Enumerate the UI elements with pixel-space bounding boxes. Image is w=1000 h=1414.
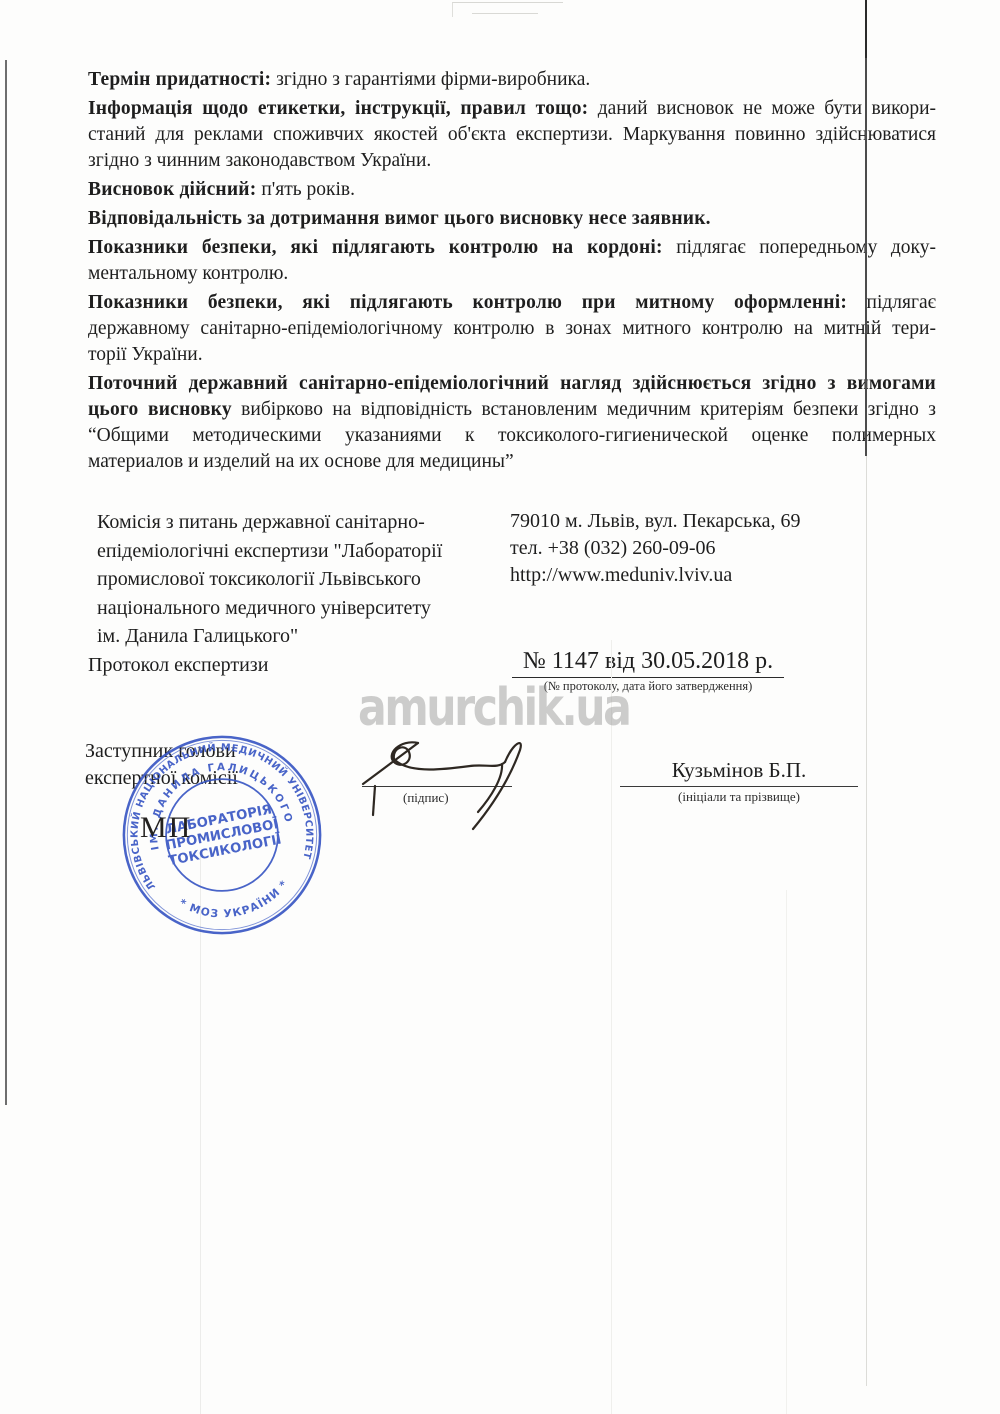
commission-contacts: 79010 м. Львів, вул. Пекарська, 69 тел. … [510,508,850,651]
body-line: Висновок дійсний: п'ять років. [88,177,936,203]
body-line: Термін придатності: згідно з гарантіями … [88,67,936,93]
commission-name: Комісія з питань державної санітарно- еп… [97,508,500,651]
text-run: станий для реклами споживчих якостей об'… [88,124,936,145]
body-line: торії України. [88,342,936,368]
watermark: amurchik.ua [358,678,629,738]
body-line: державному санітарно-епідеміологічному к… [88,316,936,342]
commission-name-line: Комісія з питань державної санітарно- [97,508,500,537]
document-page: Термін придатності: згідно з гарантіями … [0,0,1000,1414]
scan-top-artifact [452,2,563,17]
heading-run: Термін придатності: [88,69,271,90]
scan-fold-line [611,640,612,1414]
text-run: даний висновок не може бути викори- [588,98,936,119]
scan-top-artifact [472,13,538,14]
text-run: торії України. [88,344,203,365]
scan-line-left [5,60,7,1105]
scan-fold-line [786,890,787,1414]
protocol-label: Протокол експертизи [88,654,268,677]
text-run: вибірково на відповідність встановленим … [232,399,936,420]
heading-run: Відповідальність за дотримання вимог цьо… [88,208,711,229]
signer-name-caption: (ініціали та прізвище) [620,789,858,805]
text-run: п'ять років. [256,179,355,200]
body-line: Відповідальність за дотримання вимог цьо… [88,206,936,232]
text-run: державному санітарно-епідеміологічному к… [88,318,936,339]
body-line: Показники безпеки, які підлягають контро… [88,235,936,261]
commission-name-line: епідеміологічні експертизи "Лабораторії [97,537,500,566]
signer-name: Кузьмінов Б.П. [620,758,858,787]
document-body: Термін придатності: згідно з гарантіями … [88,64,936,475]
heading-run: Інформація щодо етикетки, інструкції, пр… [88,98,588,119]
signer-name-block: Кузьмінов Б.П. (ініціали та прізвище) [620,758,858,805]
scan-line-right [865,0,867,456]
commission-address: 79010 м. Львів, вул. Пекарська, 69 [510,508,850,535]
heading-run: Поточний державний санітарно-епідеміолог… [88,373,936,394]
text-run: згідно з чинним законодавством України. [88,150,431,171]
text-run: згідно з гарантіями фірми-виробника. [271,69,590,90]
handwritten-signature [352,728,552,838]
official-stamp: ЛЬВІВСЬКИЙ НАЦІОНАЛЬНИЙ МЕДИЧНИЙ УНІВЕРС… [101,714,343,956]
body-line: згідно з чинним законодавством України. [88,148,936,174]
body-line: ментальному контролю. [88,261,936,287]
text-run: материалов и изделий на их основе для ме… [88,451,514,472]
scan-line-right-top [865,0,868,58]
body-line: “Общими методическими указаниями к токси… [88,423,936,449]
protocol-number: № 1147 від 30.05.2018 р. [512,648,784,678]
text-run: підлягає попередньому доку- [663,237,936,258]
body-line: материалов и изделий на их основе для ме… [88,449,936,475]
heading-run: цього висновку [88,399,232,420]
commission-block: Комісія з питань державної санітарно- еп… [97,508,937,651]
heading-run: Висновок дійсний: [88,179,256,200]
commission-name-line: ім. Данила Галицького" [97,622,500,651]
seal-place-mark: МП [140,811,192,845]
text-run: “Общими методическими указаниями к токси… [88,425,936,446]
commission-name-line: промислової токсикології Львівського [97,565,500,594]
body-line: цього висновку вибірково на відповідніст… [88,397,936,423]
body-line: станий для реклами споживчих якостей об'… [88,122,936,148]
text-run: ментальному контролю. [88,263,288,284]
commission-website: http://www.meduniv.lviv.ua [510,562,850,589]
scan-line-right-light [866,456,867,1386]
commission-phone: тел. +38 (032) 260-09-06 [510,535,850,562]
commission-name-line: національного медичного університету [97,594,500,623]
heading-run: Показники безпеки, які підлягають контро… [88,292,847,313]
heading-run: Показники безпеки, які підлягають контро… [88,237,663,258]
body-line: Поточний державний санітарно-епідеміолог… [88,371,936,397]
text-run: підлягає [847,292,936,313]
body-line: Показники безпеки, які підлягають контро… [88,290,936,316]
body-line: Інформація щодо етикетки, інструкції, пр… [88,96,936,122]
